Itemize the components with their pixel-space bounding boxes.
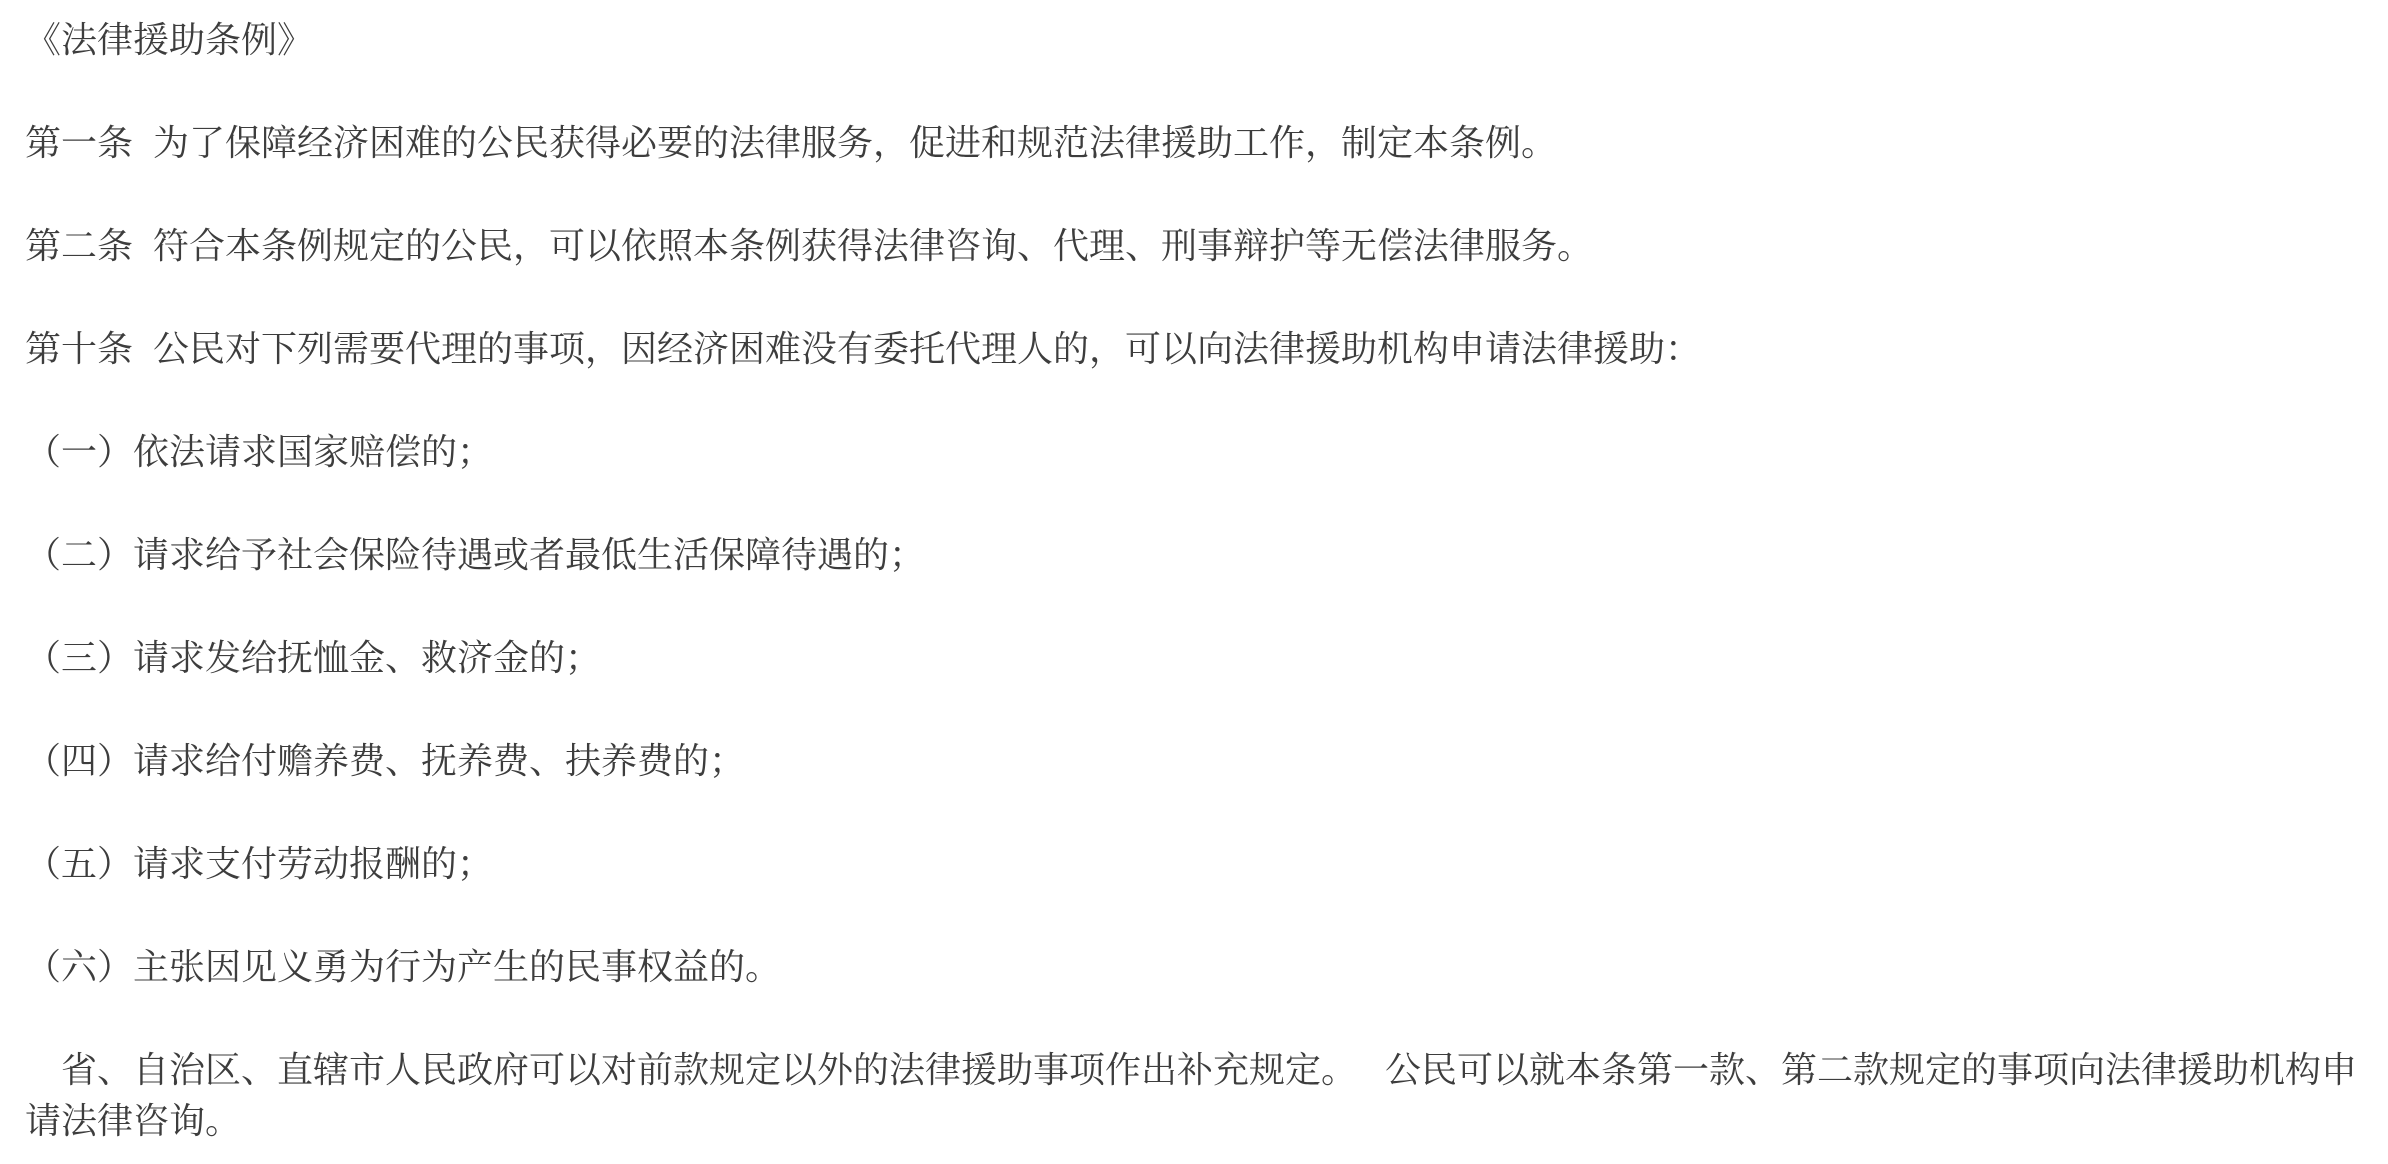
article-1-text: 为了保障经济困难的公民获得必要的法律服务，促进和规范法律援助工作，制定本条例。 — [153, 122, 1557, 163]
closing-paragraph: 省、自治区、直辖市人民政府可以对前款规定以外的法律援助事项作出补充规定。公民可以… — [25, 1044, 2368, 1146]
legal-document-page: 《法律援助条例》 第一条为了保障经济困难的公民获得必要的法律服务，促进和规范法律… — [0, 0, 2388, 1146]
article-10-text: 公民对下列需要代理的事项，因经济困难没有委托代理人的，可以向法律援助机构申请法律… — [153, 328, 1701, 369]
list-item-1: （一）依法请求国家赔偿的； — [25, 426, 2368, 477]
list-item-3: （三）请求发给抚恤金、救济金的； — [25, 632, 2368, 683]
list-item-4: （四）请求给付赡养费、抚养费、扶养费的； — [25, 735, 2368, 786]
list-item-6: （六）主张因见义勇为行为产生的民事权益的。 — [25, 941, 2368, 992]
list-item-5: （五）请求支付劳动报酬的； — [25, 838, 2368, 889]
closing-sentence-1: 省、自治区、直辖市人民政府可以对前款规定以外的法律援助事项作出补充规定。 — [61, 1049, 1357, 1090]
article-2-text: 符合本条例规定的公民，可以依照本条例获得法律咨询、代理、刑事辩护等无偿法律服务。 — [153, 225, 1593, 266]
article-10: 第十条公民对下列需要代理的事项，因经济困难没有委托代理人的，可以向法律援助机构申… — [25, 323, 2368, 374]
list-item-2: （二）请求给予社会保险待遇或者最低生活保障待遇的； — [25, 529, 2368, 580]
article-2: 第二条符合本条例规定的公民，可以依照本条例获得法律咨询、代理、刑事辩护等无偿法律… — [25, 220, 2368, 271]
article-1-label: 第一条 — [25, 122, 133, 163]
document-title: 《法律援助条例》 — [25, 14, 2368, 65]
article-1: 第一条为了保障经济困难的公民获得必要的法律服务，促进和规范法律援助工作，制定本条… — [25, 117, 2368, 168]
article-10-label: 第十条 — [25, 328, 133, 369]
article-2-label: 第二条 — [25, 225, 133, 266]
